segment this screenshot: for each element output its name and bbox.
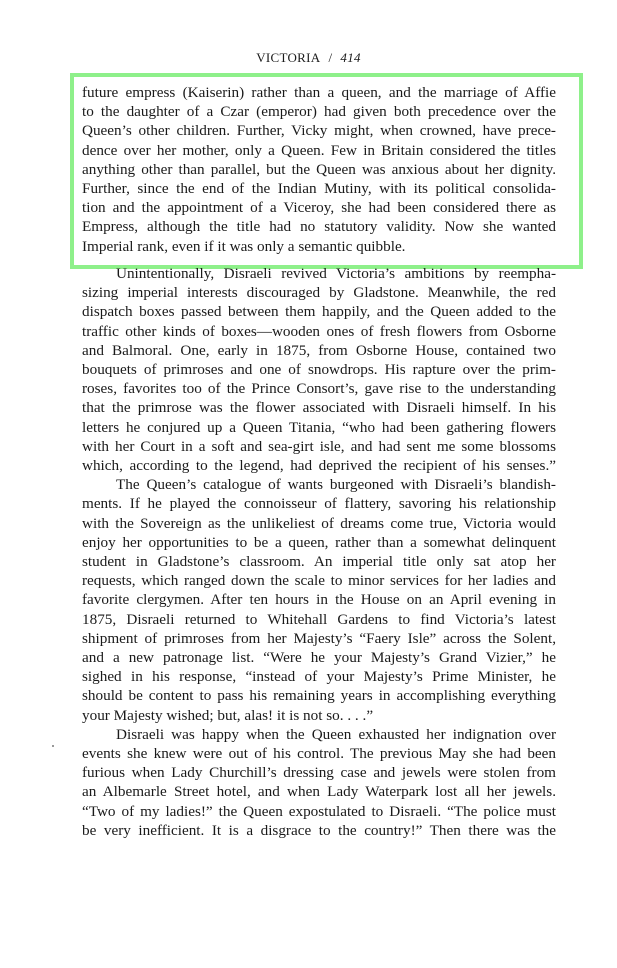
- running-head-title: VICTORIA: [256, 50, 320, 65]
- text-line: ments. If he played the connoisseur of f…: [82, 494, 556, 513]
- highlighted-passage: future empress (Kaiserin) rather than a …: [82, 83, 556, 256]
- text-line: with the Sovereign as the unlikeliest of…: [82, 514, 556, 533]
- paragraph-3: Disraeli was happy when the Queen exhaus…: [82, 725, 556, 840]
- book-page: VICTORIA/414 future empress (Kaiserin) r…: [0, 0, 617, 968]
- text-line: with her Court in a soft and sea-girt is…: [82, 437, 556, 456]
- body-text: Unintentionally, Disraeli revived Victor…: [82, 264, 556, 840]
- text-line: “Two of my ladies!” the Queen expostulat…: [82, 802, 556, 821]
- text-line: traffic other kinds of boxes—wooden ones…: [82, 322, 556, 341]
- text-line: The Queen’s catalogue of wants burgeoned…: [82, 475, 556, 494]
- text-line: sizing imperial interests discouraged by…: [82, 283, 556, 302]
- text-line: to the daughter of a Czar (emperor) had …: [82, 102, 556, 121]
- text-line: dence over her mother, only a Queen. Few…: [82, 141, 556, 160]
- text-line: tion and the appointment of a Viceroy, s…: [82, 198, 556, 217]
- text-line: sighed in his response, “instead of your…: [82, 667, 556, 686]
- text-line: which, according to the legend, had depr…: [82, 456, 556, 475]
- text-line: your Majesty wished; but, alas! it is no…: [82, 706, 556, 725]
- text-line: student in Gladstone’s classroom. An imp…: [82, 552, 556, 571]
- text-line: letters he conjured up a Queen Titania, …: [82, 418, 556, 437]
- text-line: be very inefficient. It is a disgrace to…: [82, 821, 556, 840]
- paragraph-2: The Queen’s catalogue of wants burgeoned…: [82, 475, 556, 725]
- text-line: should be content to pass his remaining …: [82, 686, 556, 705]
- text-line: and a new patronage list. “Were he your …: [82, 648, 556, 667]
- text-line: dispatch boxes passed between them happi…: [82, 302, 556, 321]
- text-line: 1875, Disraeli returned to Whitehall Gar…: [82, 610, 556, 629]
- running-head: VICTORIA/414: [0, 50, 617, 66]
- text-line: enjoy her opportunities to be a queen, r…: [82, 533, 556, 552]
- text-line: shipment of primroses from her Majesty’s…: [82, 629, 556, 648]
- text-line: favorite clergymen. After ten hours in t…: [82, 590, 556, 609]
- text-line: roses, favorites too of the Prince Conso…: [82, 379, 556, 398]
- text-line: furious when Lady Churchill’s dressing c…: [82, 763, 556, 782]
- text-line: Disraeli was happy when the Queen exhaus…: [82, 725, 556, 744]
- text-line: an Albemarle Street hotel, and when Lady…: [82, 782, 556, 801]
- page-number: 414: [340, 50, 360, 65]
- text-line: events she knew were out of his control.…: [82, 744, 556, 763]
- paragraph-1: Unintentionally, Disraeli revived Victor…: [82, 264, 556, 475]
- text-line: requests, which ranged down the scale to…: [82, 571, 556, 590]
- text-line: future empress (Kaiserin) rather than a …: [82, 83, 556, 102]
- text-line: and Balmoral. One, early in 1875, from O…: [82, 341, 556, 360]
- text-line: Further, since the end of the Indian Mut…: [82, 179, 556, 198]
- text-line: Imperial rank, even if it was only a sem…: [82, 237, 556, 256]
- scan-speck: [52, 745, 54, 747]
- text-line: Empress, although the title had no statu…: [82, 217, 556, 236]
- text-line: Unintentionally, Disraeli revived Victor…: [82, 264, 556, 283]
- running-head-separator: /: [328, 50, 332, 65]
- text-line: anything other than parallel, but the Qu…: [82, 160, 556, 179]
- text-line: Queen’s other children. Further, Vicky m…: [82, 121, 556, 140]
- text-line: that the primrose was the flower associa…: [82, 398, 556, 417]
- text-line: bouquets of primroses and one of snowdro…: [82, 360, 556, 379]
